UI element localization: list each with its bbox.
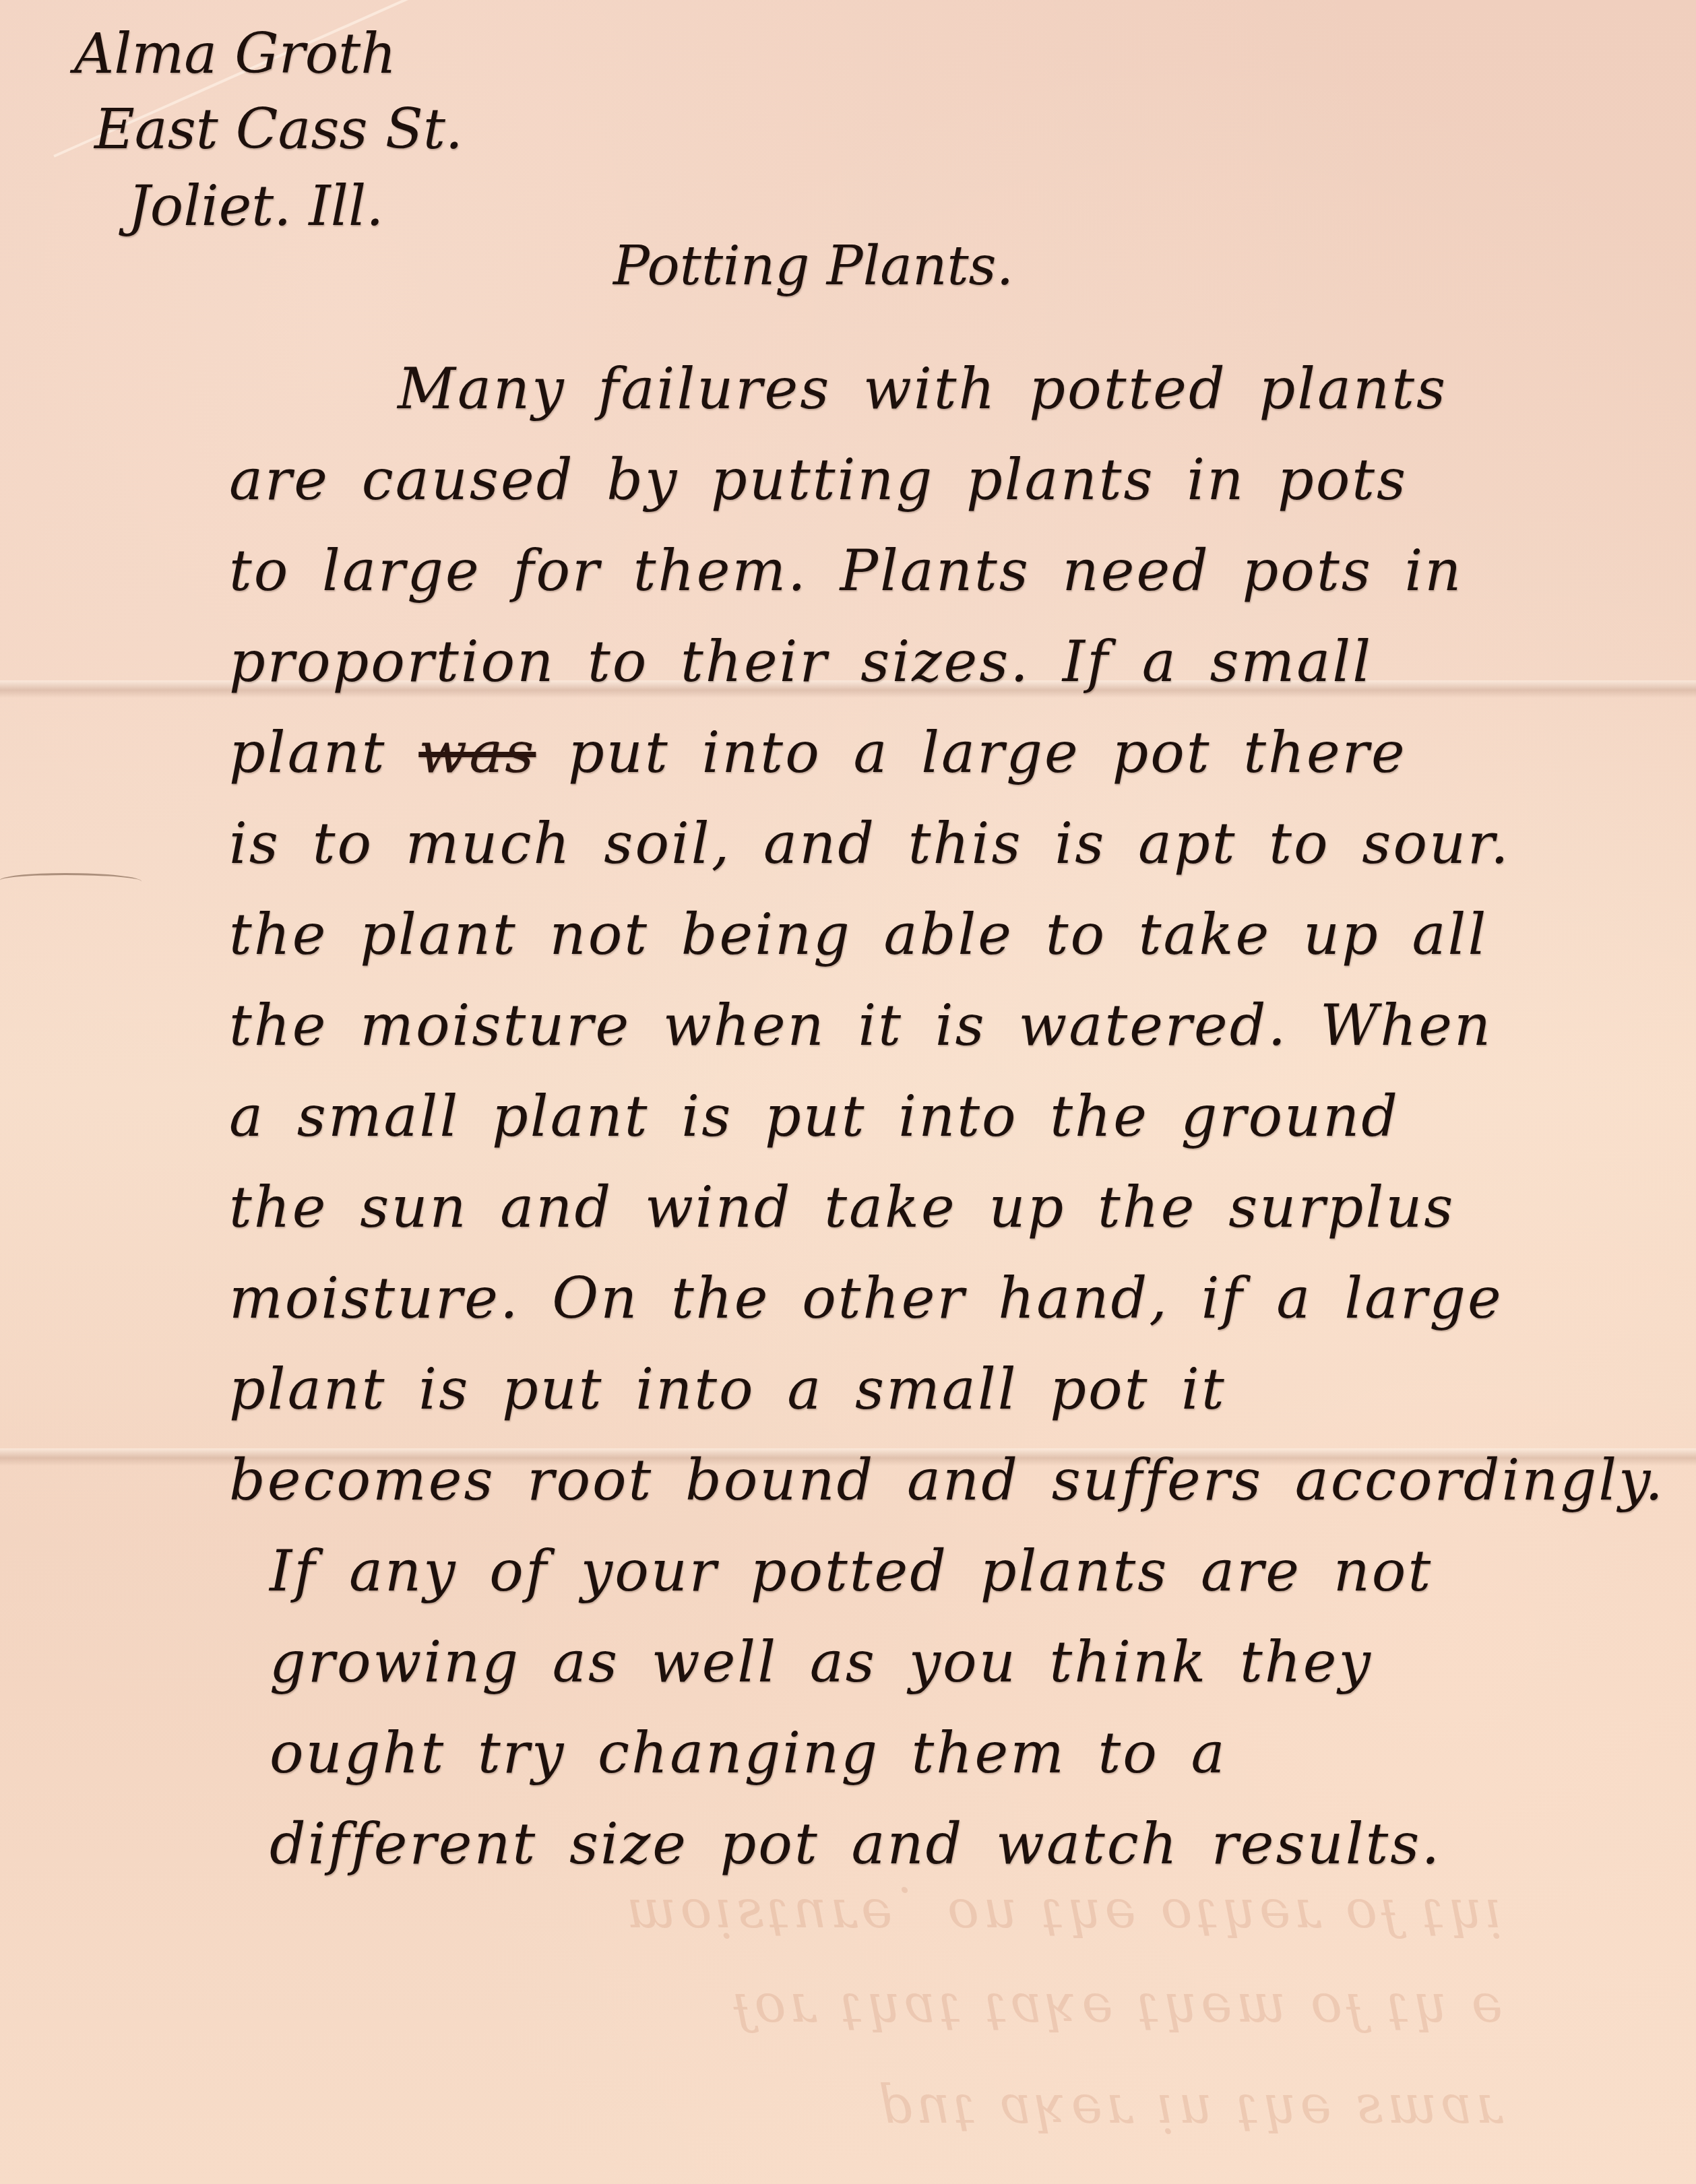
body-line: the moisture when it is watered. When	[229, 980, 1509, 1071]
bleed-through-text: ǝ ɥʇ ɟo ɯǝɥʇ ǝʞɐʇ ʇɐɥʇ ɹoɟ	[222, 1974, 1503, 2034]
body-line: plant is put into a small pot it	[229, 1344, 1509, 1435]
paper-edge-tear	[0, 873, 142, 889]
body-line: plant was put into a large pot there	[229, 707, 1509, 798]
body-line-end: put into a large pot there	[568, 719, 1407, 785]
letter-page: ᴉɥʇ ɟo ɹǝɥʇo ǝɥʇ uo ˙ǝɹnʇsᴉoɯ ǝ ɥʇ ɟo ɯǝ…	[0, 0, 1696, 2184]
body-line: to large for them. Plants need pots in	[229, 525, 1509, 616]
body-line: a small plant is put into the ground	[229, 1071, 1509, 1162]
body-line-start: plant	[229, 719, 387, 785]
body-line: different size pot and watch results.	[229, 1799, 1509, 1890]
body-line: moisture. On the other hand, if a large	[229, 1253, 1509, 1344]
struck-out-word: was	[418, 719, 536, 785]
body-line: proportion to their sizes. If a small	[229, 616, 1509, 707]
body-line: are caused by putting plants in pots	[229, 435, 1509, 525]
body-line: If any of your potted plants are not	[229, 1526, 1509, 1617]
body-line: the plant not being able to take up all	[229, 889, 1509, 980]
body-line: is to much soil, and this is apt to sour…	[229, 798, 1509, 889]
letter-body: Many failures with potted plants are cau…	[229, 344, 1509, 1890]
bleed-through-text: ɹɐɯs ǝɥʇ uᴉ ɹǝʞɐ ʇnd	[222, 2075, 1503, 2135]
sender-address: Alma Groth East Cass St. Joliet. Ill.	[74, 27, 443, 193]
sender-street: East Cass St.	[94, 102, 463, 158]
body-line: growing as well as you think they	[229, 1617, 1509, 1708]
sender-name: Alma Groth	[74, 27, 443, 82]
body-line: becomes root bound and suffers according…	[229, 1435, 1509, 1526]
sender-city: Joliet. Ill.	[128, 179, 497, 234]
body-line: ought try changing them to a	[229, 1708, 1509, 1799]
letter-title: Potting Plants.	[613, 234, 1013, 297]
body-line: the sun and wind take up the surplus	[229, 1162, 1509, 1253]
body-line: Many failures with potted plants	[229, 344, 1509, 435]
